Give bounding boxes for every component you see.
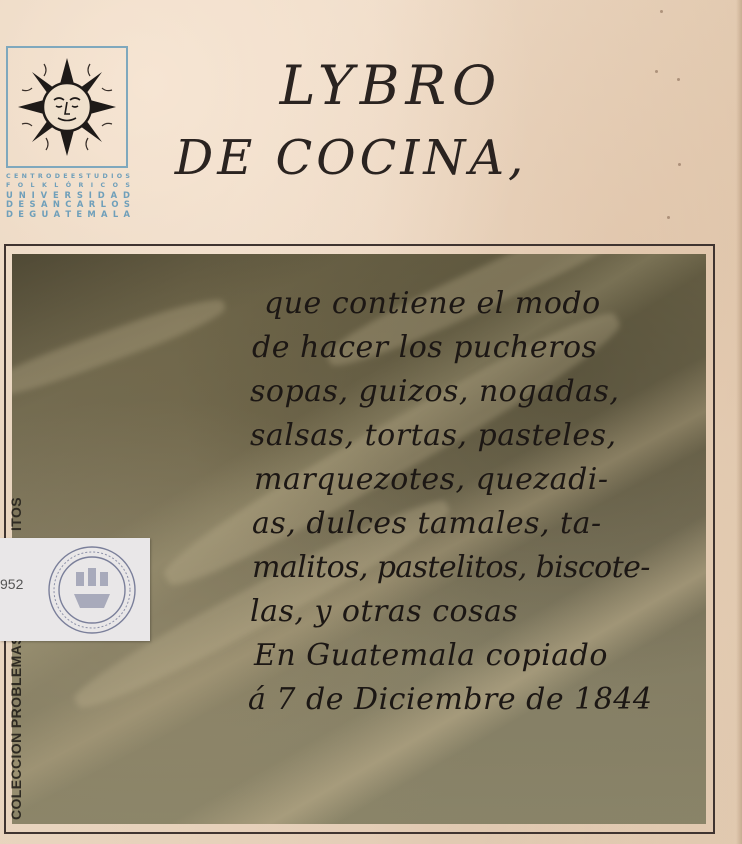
manuscript-line: á 7 de Diciembre de 1844 bbox=[248, 678, 626, 722]
book-title-line-1: LYBRO bbox=[20, 54, 742, 117]
book-title-line-2: DE COCINA, bbox=[0, 130, 722, 186]
series-title-start: COLECCION PROBLEMAS bbox=[8, 635, 24, 820]
call-number: 952 bbox=[0, 576, 23, 592]
manuscript-line: as, dulces tamales, ta- bbox=[252, 502, 626, 546]
manuscript-line: malitos, pastelitos, biscote- bbox=[252, 546, 626, 590]
manuscript-line: las, y otras cosas bbox=[250, 590, 626, 634]
manuscript-line: de hacer los pucheros bbox=[252, 326, 626, 370]
manuscript-line: En Guatemala copiado bbox=[254, 634, 626, 678]
university-seal-stamp bbox=[46, 544, 138, 636]
paper-speck bbox=[660, 10, 663, 13]
library-sticker: 952 bbox=[0, 538, 150, 641]
manuscript-line: salsas, tortas, pasteles, bbox=[250, 414, 626, 458]
manuscript-line: que contiene el modo bbox=[264, 282, 626, 326]
paper-speck bbox=[667, 216, 670, 219]
manuscript-line: sopas, guizos, nogadas, bbox=[250, 370, 626, 414]
cover-edge-shadow bbox=[736, 0, 742, 844]
manuscript-line: marquezotes, quezadi- bbox=[254, 458, 626, 502]
series-title-end: ITOS bbox=[8, 497, 24, 531]
manuscript-text: que contiene el modo de hacer los pucher… bbox=[246, 282, 626, 722]
logo-line: DEGUATEMALA bbox=[6, 210, 130, 219]
